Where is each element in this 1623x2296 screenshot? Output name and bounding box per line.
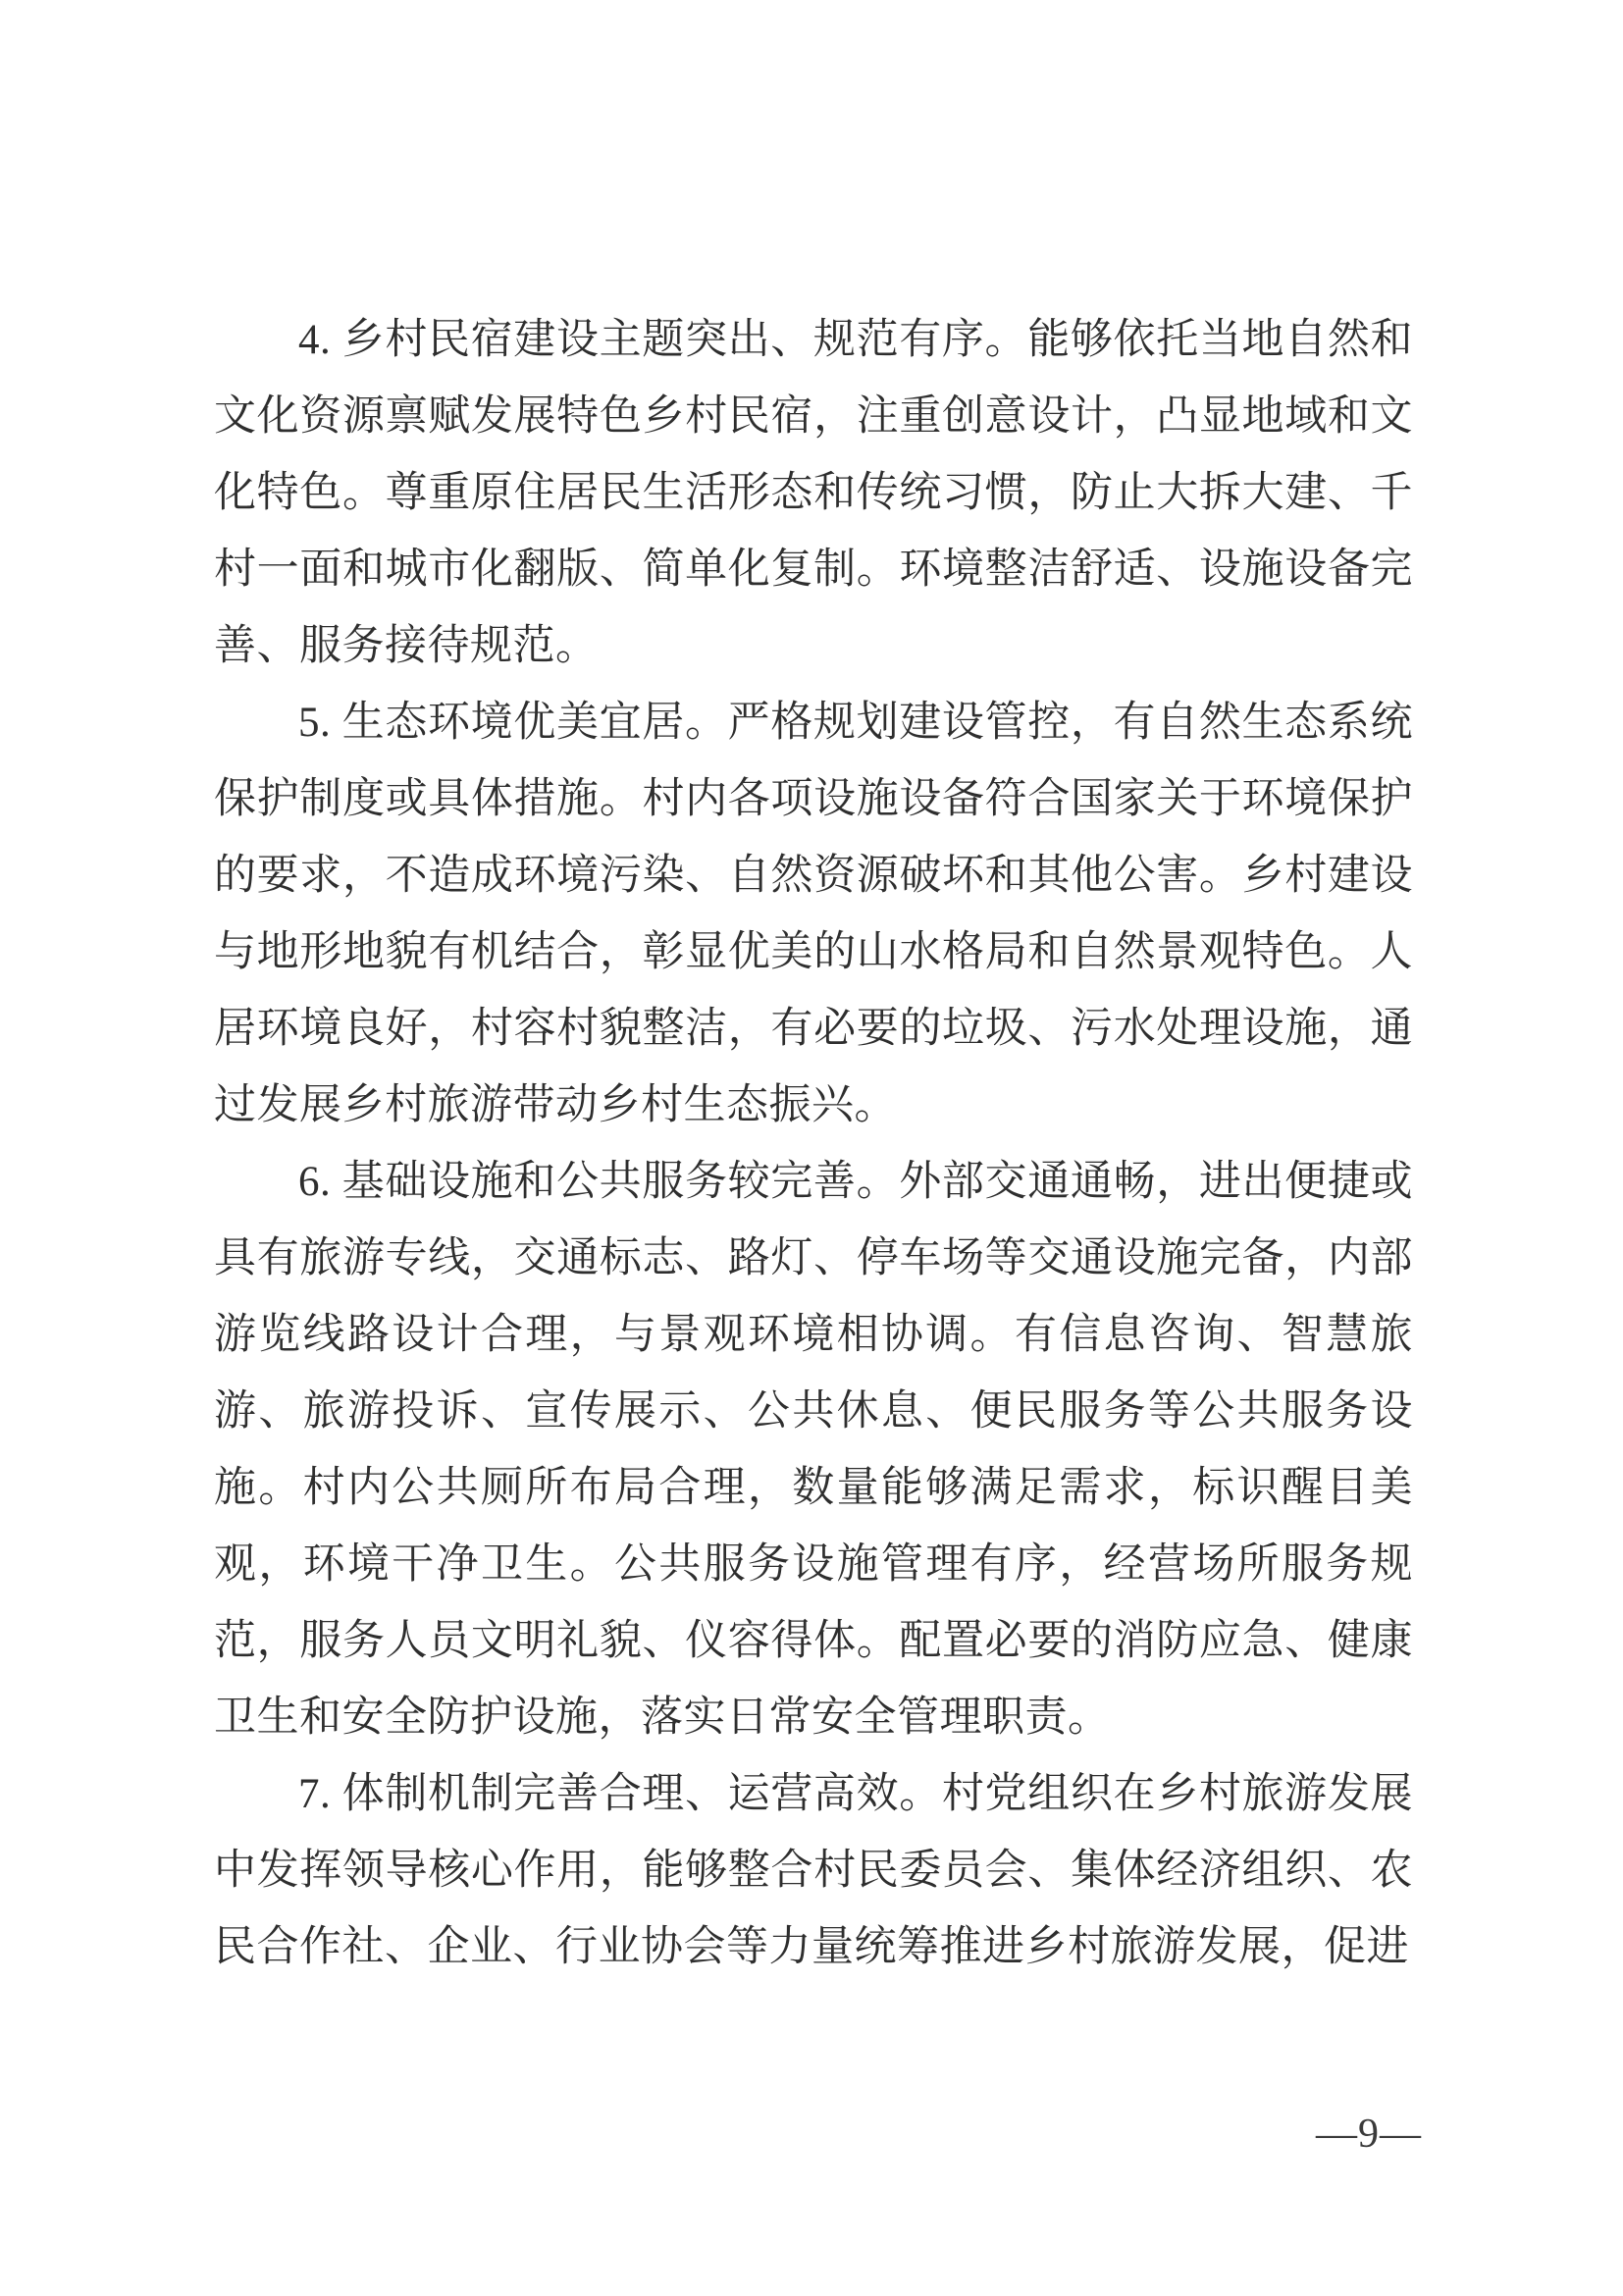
document-body: 4. 乡村民宿建设主题突出、规范有序。能够依托当地自然和文化资源禀赋发展特色乡村… xyxy=(214,302,1413,1986)
paragraph-6-infrastructure-public-services: 6. 基础设施和公共服务较完善。外部交通通畅，进出便捷或具有旅游专线，交通标志、… xyxy=(214,1144,1413,1756)
document-page: 4. 乡村民宿建设主题突出、规范有序。能够依托当地自然和文化资源禀赋发展特色乡村… xyxy=(0,0,1623,2296)
paragraph-5-ecological-environment: 5. 生态环境优美宜居。严格规划建设管控，有自然生态系统保护制度或具体措施。村内… xyxy=(214,685,1413,1144)
paragraph-4-homestay-construction: 4. 乡村民宿建设主题突出、规范有序。能够依托当地自然和文化资源禀赋发展特色乡村… xyxy=(214,302,1413,685)
paragraph-7-institutional-mechanism: 7. 体制机制完善合理、运营高效。村党组织在乡村旅游发展中发挥领导核心作用，能够… xyxy=(214,1756,1413,1986)
page-number: —9— xyxy=(1316,2112,1422,2157)
